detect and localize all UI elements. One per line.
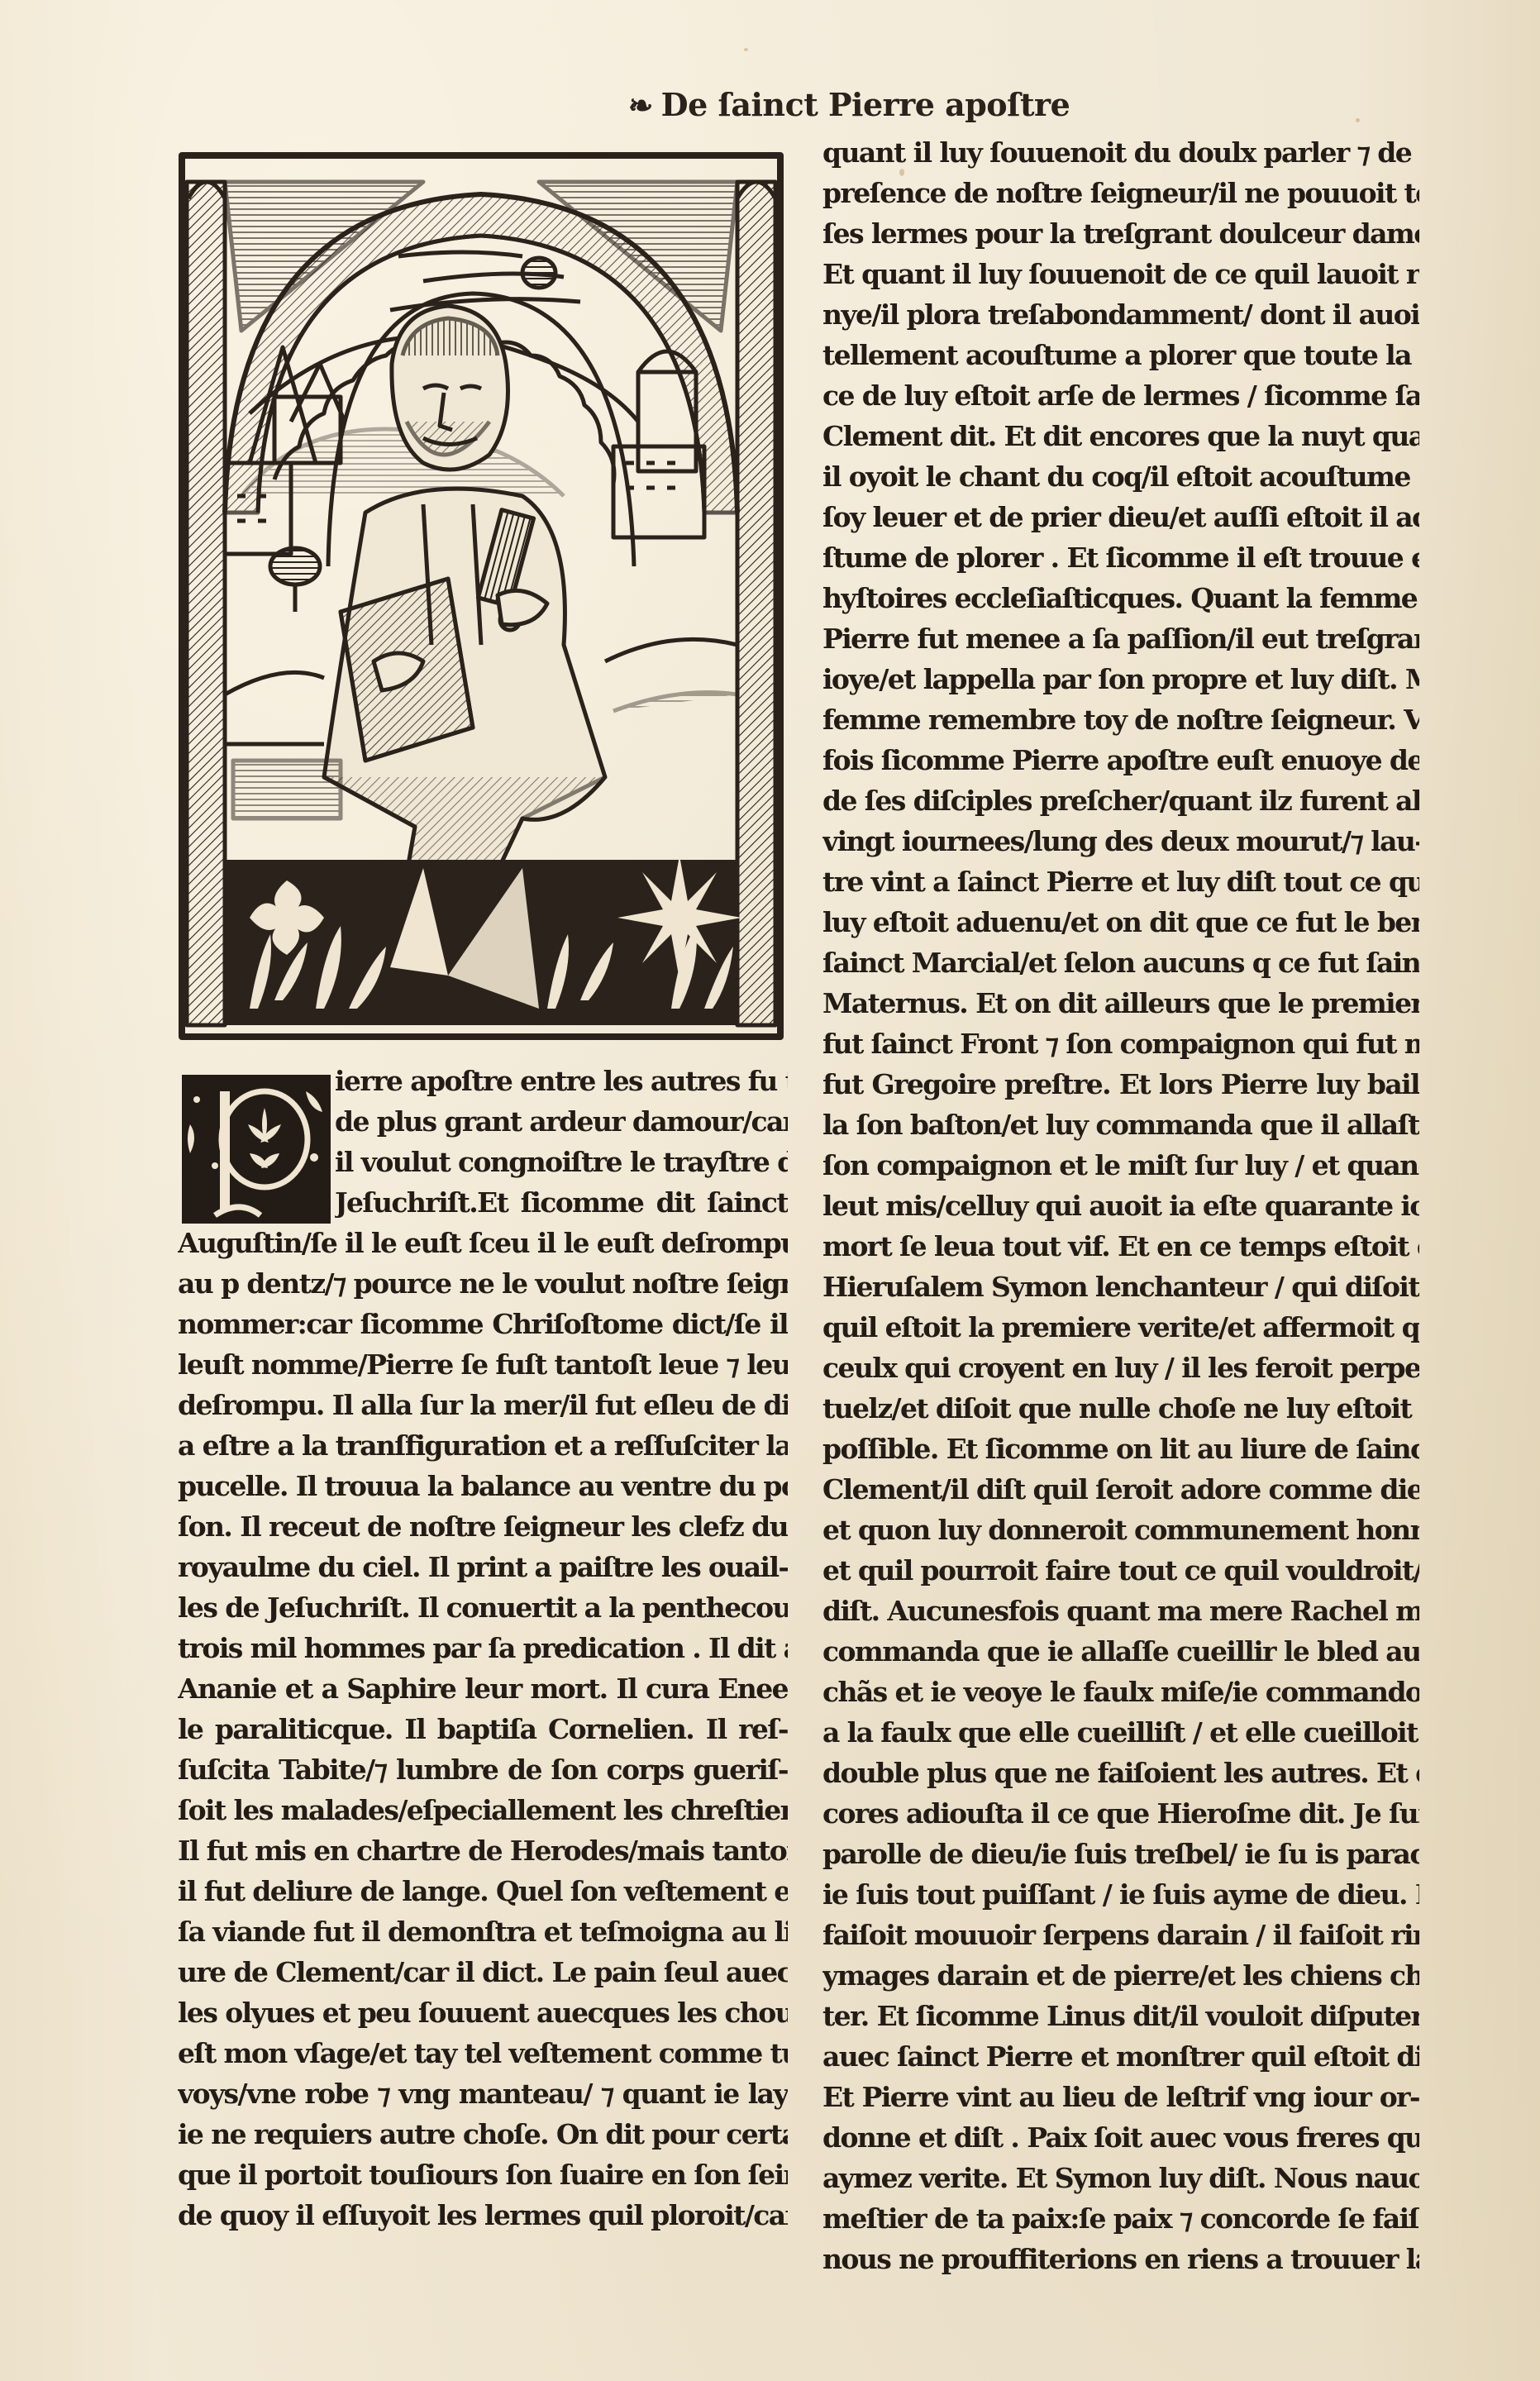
text-line: ſoit les malades/eſpeciallement les chre… bbox=[178, 1790, 788, 1830]
right-text-column: quant il luy ſouuenoit du doulx parler ⁊… bbox=[822, 132, 1419, 2320]
text-line: donne et diſt . Paix ſoit auec vous frer… bbox=[822, 2117, 1419, 2158]
text-line: fois ſicomme Pierre apoſtre euſt enuoye … bbox=[822, 740, 1419, 780]
text-line: la ſon baſton/et luy commanda que il all… bbox=[822, 1105, 1419, 1145]
text-line: tuelz/et diſoit que nulle choſe ne luy e… bbox=[822, 1388, 1419, 1429]
fleuron-icon: ❧ bbox=[628, 88, 653, 123]
left-text-column: ierre apoſtre entre les autres fu t de p… bbox=[178, 1061, 788, 2235]
text-line: de plus grant ardeur damour/car bbox=[335, 1101, 788, 1142]
text-line bbox=[822, 2279, 1419, 2320]
text-line: leut mis/celluy qui auoit ia eſte quaran… bbox=[822, 1186, 1419, 1226]
text-line: Jeſuchriſt.Et ſicomme dit ſainct bbox=[335, 1182, 788, 1223]
text-line: quant il luy ſouuenoit du doulx parler ⁊… bbox=[822, 132, 1419, 173]
text-line: les olyues et peu ſouuent auecques les c… bbox=[178, 1992, 788, 2033]
text-line: nye/il plora treſabondamment/ dont il au… bbox=[822, 294, 1419, 335]
text-line: faiſoit mouuoir ſerpens darain / il faiſ… bbox=[822, 1915, 1419, 1955]
text-line: hyſtoires eccleſiaſticques. Quant la fem… bbox=[822, 578, 1419, 618]
text-line: Et Pierre vint au lieu de leſtrif vng io… bbox=[822, 2077, 1419, 2117]
text-line: cores adiouſta il ce que Hieroſme dit. J… bbox=[822, 1793, 1419, 1834]
text-line: royaulme du ciel. Il print a paiſtre les… bbox=[178, 1547, 788, 1587]
text-line: Clement dit. Et dit encores que la nuyt … bbox=[822, 416, 1419, 456]
text-line: et quon luy donneroit communement honneu… bbox=[822, 1510, 1419, 1550]
text-line: ſainct Marcial/et ſelon aucuns q ce fut … bbox=[822, 942, 1419, 983]
text-line: pucelle. Il trouua la balance au ventre … bbox=[178, 1466, 788, 1506]
foxing-spot bbox=[744, 48, 748, 51]
text-line: Clement/il diſt quil ſeroit adore comme … bbox=[822, 1469, 1419, 1510]
text-line: Hieruſalem Symon lenchanteur / qui diſoi… bbox=[822, 1267, 1419, 1307]
text-line: eſt mon vſage/et tay tel veſtement comme… bbox=[178, 2033, 788, 2073]
text-line: il fut deliure de lange. Quel ſon veſtem… bbox=[178, 1871, 788, 1911]
text-line: diſt. Aucunesfois quant ma mere Rachel m… bbox=[822, 1591, 1419, 1631]
foxing-spot bbox=[1356, 118, 1360, 122]
text-line: quil eſtoit la premiere verite/et afferm… bbox=[822, 1307, 1419, 1348]
text-line: ceulx qui croyent en luy / il les feroit… bbox=[822, 1348, 1419, 1388]
text-line: ſoy leuer et de prier dieu/et auſſi eſto… bbox=[822, 497, 1419, 537]
text-line: le paraliticque. Il baptiſa Cornelien. I… bbox=[178, 1709, 788, 1749]
text-line: ſon compaignon et le miſt ſur luy / et q… bbox=[822, 1145, 1419, 1186]
text-line: il voulut congnoiſtre le trayſtre de bbox=[335, 1142, 788, 1182]
text-line: luy eſtoit aduenu/et on dit que ce fut l… bbox=[822, 902, 1419, 942]
woodcut-illustration bbox=[175, 149, 787, 1043]
running-head: ❧De ſainct Pierre apoſtre bbox=[628, 86, 1058, 132]
text-line: mort ſe leua tout vif. Et en ce temps eſ… bbox=[822, 1226, 1419, 1267]
text-line: tellement acouſtume a plorer que toute l… bbox=[822, 335, 1419, 375]
text-line: auec ſainct Pierre et monſtrer quil eſto… bbox=[822, 2036, 1419, 2077]
text-line: poſſible. Et ſicomme on lit au liure de … bbox=[822, 1429, 1419, 1469]
text-line: Il fut mis en chartre de Herodes/mais ta… bbox=[178, 1830, 788, 1871]
text-line: voys/vne robe ⁊ vng manteau/ ⁊ quant ie … bbox=[178, 2073, 788, 2114]
text-line: meſtier de ta paix:ſe paix ⁊ concorde ſe… bbox=[822, 2198, 1419, 2239]
text-line: ioye/et lappella par ſon propre et luy d… bbox=[822, 659, 1419, 699]
text-line: ce de luy eſtoit arſe de lermes / ſicomm… bbox=[822, 375, 1419, 416]
text-line: ymages darain et de pierre/et les chiens… bbox=[822, 1955, 1419, 1996]
text-line: a la faulx que elle cueilliſt / et elle … bbox=[822, 1712, 1419, 1753]
text-line: que il portoit touſiours ſon ſuaire en ſ… bbox=[178, 2154, 788, 2195]
text-line: ſuſcita Tabite/⁊ lumbre de ſon corps gue… bbox=[178, 1749, 788, 1790]
text-line: nommer:car ſicomme Chriſoſtome dict/ſe i… bbox=[178, 1304, 788, 1344]
text-line: fut Gregoire preſtre. Et lors Pierre luy… bbox=[822, 1064, 1419, 1105]
text-line: Auguſtin/ſe il le euſt ſceu il le euſt d… bbox=[178, 1223, 788, 1263]
text-line: de ſes diſciples preſcher/quant ilz fure… bbox=[822, 780, 1419, 821]
text-line: ie ſuis tout puiſſant / ie ſuis ayme de … bbox=[822, 1874, 1419, 1915]
text-line: Maternus. Et on dit ailleurs que le prem… bbox=[822, 983, 1419, 1023]
text-line: au p dentz/⁊ pource ne le voulut noſtre … bbox=[178, 1263, 788, 1304]
text-line: nous ne prouffiterions en riens a trouue… bbox=[822, 2239, 1419, 2279]
text-line: ure de Clement/car il dict. Le pain ſeul… bbox=[178, 1952, 788, 1992]
text-line: les de Jeſuchriſt. Il conuertit a la pen… bbox=[178, 1587, 788, 1628]
saint-peter-woodcut-icon bbox=[175, 149, 787, 1043]
text-line: a eſtre a la tranſfiguration et a reſſuſ… bbox=[178, 1425, 788, 1466]
text-line: ſa viande fut il demonſtra et teſmoigna … bbox=[178, 1911, 788, 1952]
text-line: ſes lermes pour la treſgrant doulceur da… bbox=[822, 213, 1419, 254]
text-line: il oyoit le chant du coq/il eſtoit acouſ… bbox=[822, 456, 1419, 497]
text-line: ie ne requiers autre choſe. On dit pour … bbox=[178, 2114, 788, 2154]
text-line: ſon. Il receut de noſtre ſeigneur les cl… bbox=[178, 1506, 788, 1547]
text-line: Pierre fut menee a ſa paſſion/il eut tre… bbox=[822, 618, 1419, 659]
text-line: tre vint a ſainct Pierre et luy diſt tou… bbox=[822, 861, 1419, 902]
text-line: deſrompu. Il alla ſur la mer/il fut eſle… bbox=[178, 1385, 788, 1425]
text-line: preſence de noſtre ſeigneur/il ne pouuoi… bbox=[822, 173, 1419, 213]
text-line: trois mil hommes par ſa predication . Il… bbox=[178, 1628, 788, 1668]
text-line: double plus que ne faiſoient les autres.… bbox=[822, 1753, 1419, 1793]
running-head-title: De ſainct Pierre apoſtre bbox=[661, 86, 1070, 123]
text-line: et quil pourroit faire tout ce quil voul… bbox=[822, 1550, 1419, 1591]
text-line: aymez verite. Et Symon luy diſt. Nous na… bbox=[822, 2158, 1419, 2198]
text-line: parolle de dieu/ie ſuis treſbel/ ie ſu i… bbox=[822, 1834, 1419, 1874]
text-line: leuſt nomme/Pierre ſe fuſt tantoſt leue … bbox=[178, 1344, 788, 1385]
text-line: Et quant il luy ſouuenoit de ce quil lau… bbox=[822, 254, 1419, 294]
text-line: ter. Et ſicomme Linus dit/il vouloit diſ… bbox=[822, 1996, 1419, 2036]
text-line: Ananie et a Saphire leur mort. Il cura E… bbox=[178, 1668, 788, 1709]
text-line: femme remembre toy de noſtre ſeigneur. V… bbox=[822, 699, 1419, 740]
text-line: ierre apoſtre entre les autres fu t bbox=[335, 1061, 788, 1101]
text-line: commanda que ie allaſſe cueillir le bled… bbox=[822, 1631, 1419, 1672]
text-line: ſtume de plorer . Et ſicomme il eſt trou… bbox=[822, 537, 1419, 578]
text-line: chãs et ie veoye le faulx miſe/ie comman… bbox=[822, 1672, 1419, 1712]
text-line: vingt iournees/lung des deux mourut/⁊ la… bbox=[822, 821, 1419, 861]
text-line: de quoy il eſſuyoit les lermes quil plor… bbox=[178, 2195, 788, 2235]
text-line: fut ſainct Front ⁊ ſon compaignon qui fu… bbox=[822, 1023, 1419, 1064]
